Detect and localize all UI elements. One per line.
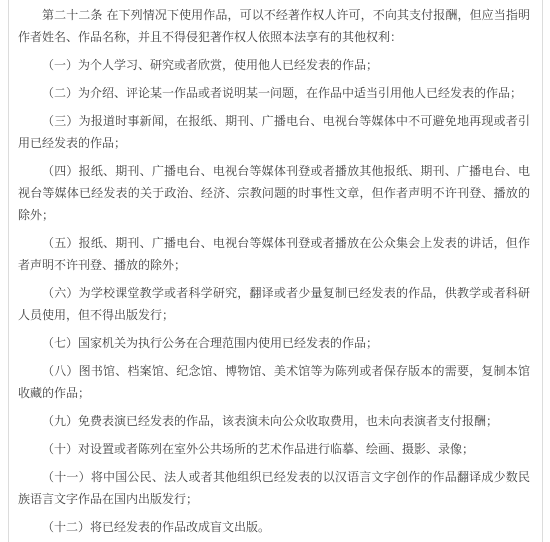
article-clause-10: （十）对设置或者陈列在室外公共场所的艺术作品进行临摹、绘画、摄影、录像；: [18, 438, 530, 460]
article-clause-8: （八）图书馆、档案馆、纪念馆、博物馆、美术馆等为陈列或者保存版本的需要，复制本馆…: [18, 360, 530, 404]
article-clause-6: （六）为学校课堂教学或者科学研究，翻译或者少量复制已经发表的作品，供教学或者科研…: [18, 282, 530, 326]
law-article-page: 第二十二条 在下列情况下使用作品，可以不经著作权人许可，不向其支付报酬，但应当指…: [0, 0, 550, 542]
article-clause-1: （一）为个人学习、研究或者欣赏，使用他人已经发表的作品；: [18, 54, 530, 76]
article-clause-4: （四）报纸、期刊、广播电台、电视台等媒体刊登或者播放其他报纸、期刊、广播电台、电…: [18, 160, 530, 226]
article-clause-11: （十一）将中国公民、法人或者其他组织已经发表的以汉语言文字创作的作品翻译成少数民…: [18, 466, 530, 510]
article-clause-7: （七）国家机关为执行公务在合理范围内使用已经发表的作品；: [18, 332, 530, 354]
article-intro-paragraph: 第二十二条 在下列情况下使用作品，可以不经著作权人许可，不向其支付报酬，但应当指…: [18, 4, 530, 48]
article-body: 第二十二条 在下列情况下使用作品，可以不经著作权人许可，不向其支付报酬，但应当指…: [8, 0, 543, 542]
article-clause-9: （九）免费表演已经发表的作品，该表演未向公众收取费用，也未向表演者支付报酬；: [18, 410, 530, 432]
article-clause-2: （二）为介绍、评论某一作品或者说明某一问题，在作品中适当引用他人已经发表的作品；: [18, 82, 530, 104]
article-clause-12: （十二）将已经发表的作品改成盲文出版。: [18, 516, 530, 538]
article-clause-3: （三）为报道时事新闻，在报纸、期刊、广播电台、电视台等媒体中不可避免地再现或者引…: [18, 110, 530, 154]
article-clause-5: （五）报纸、期刊、广播电台、电视台等媒体刊登或者播放在公众集会上发表的讲话，但作…: [18, 232, 530, 276]
